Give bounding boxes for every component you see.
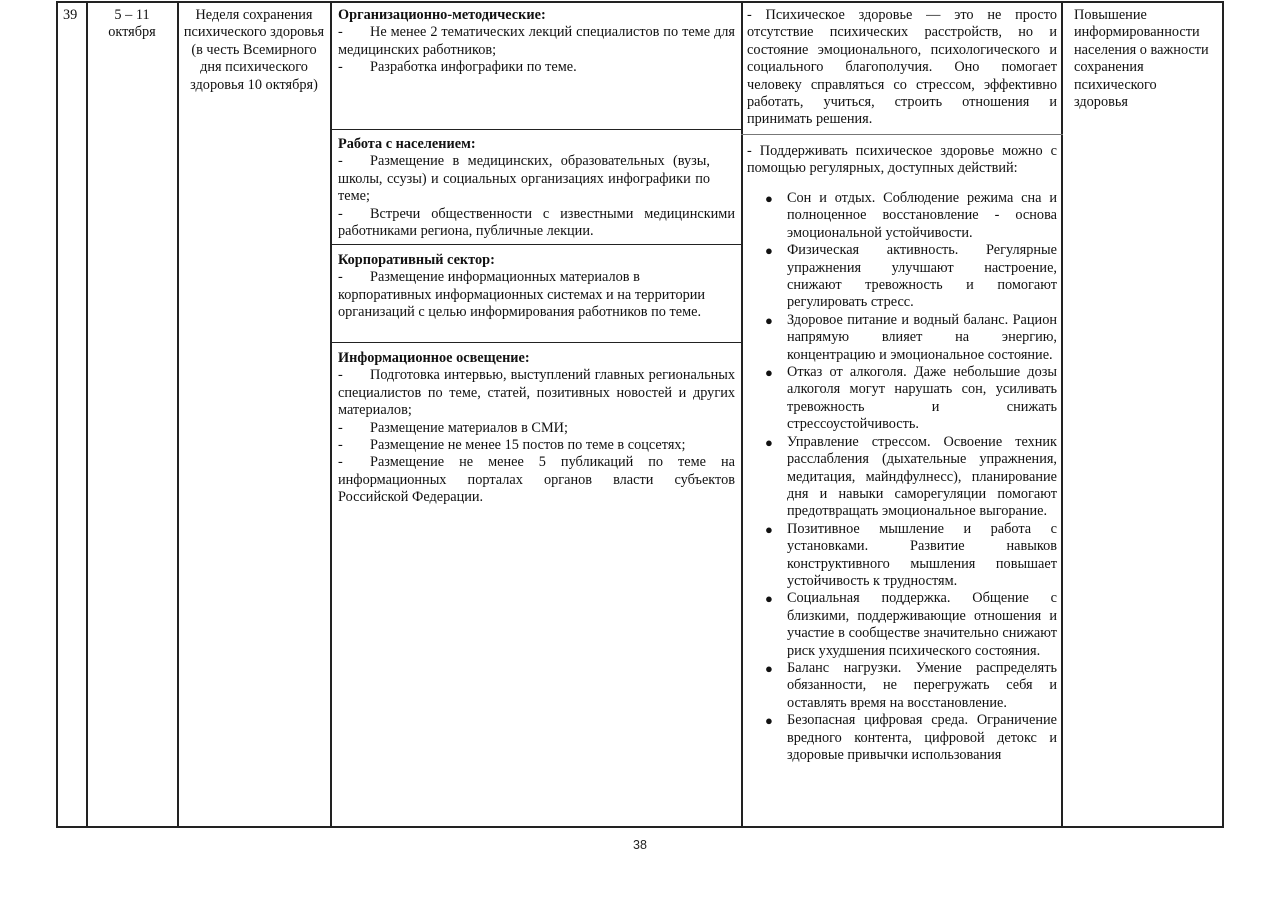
activity-item: -Размещение не менее 5 публикаций по тем… <box>338 454 735 506</box>
col-border <box>56 1 58 828</box>
activity-block-media: Информационное освещение: -Подготовка ин… <box>338 350 735 507</box>
activity-block-org: Организационно-методические: -Не менее 2… <box>338 7 735 77</box>
table-top-border <box>56 1 1224 3</box>
message-bullet: ●Отказ от алкоголя. Даже небольшие дозы … <box>743 364 1057 434</box>
bullet-dot-icon: ● <box>765 590 773 607</box>
bullet-dot-icon: ● <box>765 242 773 259</box>
activity-block-public: Работа с населением: -Размещение в медиц… <box>338 136 710 240</box>
activity-heading: Работа с населением: <box>338 136 710 153</box>
message-bullets: ●Сон и отдых. Соблюдение режима сна и по… <box>743 190 1057 764</box>
col-border <box>330 1 332 828</box>
event-dates: 5 – 11 октября <box>96 7 168 42</box>
activity-heading: Корпоративный сектор: <box>338 252 735 269</box>
bullet-dot-icon: ● <box>765 190 773 207</box>
message-bullet: ●Управление стрессом. Освоение техник ра… <box>743 434 1057 521</box>
activity-block-corporate: Корпоративный сектор: -Размещение информ… <box>338 252 735 322</box>
page-number: 38 <box>0 838 1280 852</box>
row-number: 39 <box>63 7 85 24</box>
bullet-dot-icon: ● <box>765 712 773 729</box>
bullet-dot-icon: ● <box>765 312 773 329</box>
activity-item: -Размещение информационных материалов в … <box>338 269 735 321</box>
sub-row-border <box>741 134 1063 135</box>
sub-row-border <box>330 129 743 130</box>
activity-item: -Не менее 2 тематических лекций специали… <box>338 24 735 59</box>
message-bullet: ●Сон и отдых. Соблюдение режима сна и по… <box>743 190 1057 242</box>
message-bullet: ●Безопасная цифровая среда. Ограничение … <box>743 712 1057 764</box>
message-bullet: ●Позитивное мышление и работа с установк… <box>743 521 1057 591</box>
event-title: Неделя сохранения психического здоровья … <box>183 7 325 94</box>
sub-row-border <box>330 244 743 245</box>
col-border <box>86 1 88 828</box>
col-border <box>1061 1 1063 828</box>
activity-item: -Размещение в медицинских, образовательн… <box>338 153 710 205</box>
activity-item: -Размещение не менее 15 постов по теме в… <box>338 437 735 454</box>
table-bottom-border <box>56 826 1224 828</box>
bullet-dot-icon: ● <box>765 660 773 677</box>
col-border <box>1222 1 1224 828</box>
message-lead: - Поддерживать психическое здоровье можн… <box>747 143 1057 178</box>
bullet-dot-icon: ● <box>765 364 773 381</box>
message-bullet: ●Физическая активность. Регулярные упраж… <box>743 242 1057 312</box>
message-intro: - Психическое здоровье — это не просто о… <box>747 7 1057 129</box>
activity-heading: Организационно-методические: <box>338 7 735 24</box>
activity-item: -Встречи общественности с известными мед… <box>338 206 735 241</box>
activity-item: -Размещение материалов в СМИ; <box>338 420 735 437</box>
activity-item: -Подготовка интервью, выступлений главны… <box>338 367 735 419</box>
col-border <box>177 1 179 828</box>
message-bullet: ●Баланс нагрузки. Умение распределять об… <box>743 660 1057 712</box>
activity-heading: Информационное освещение: <box>338 350 735 367</box>
expected-result: Повышение информированности населения о … <box>1074 7 1214 111</box>
message-bullet: ●Здоровое питание и водный баланс. Рацио… <box>743 312 1057 364</box>
activity-item: -Разработка инфографики по теме. <box>338 59 735 76</box>
bullet-dot-icon: ● <box>765 434 773 451</box>
bullet-dot-icon: ● <box>765 521 773 538</box>
message-bullet: ●Социальная поддержка. Общение с близким… <box>743 590 1057 660</box>
sub-row-border <box>330 342 743 343</box>
